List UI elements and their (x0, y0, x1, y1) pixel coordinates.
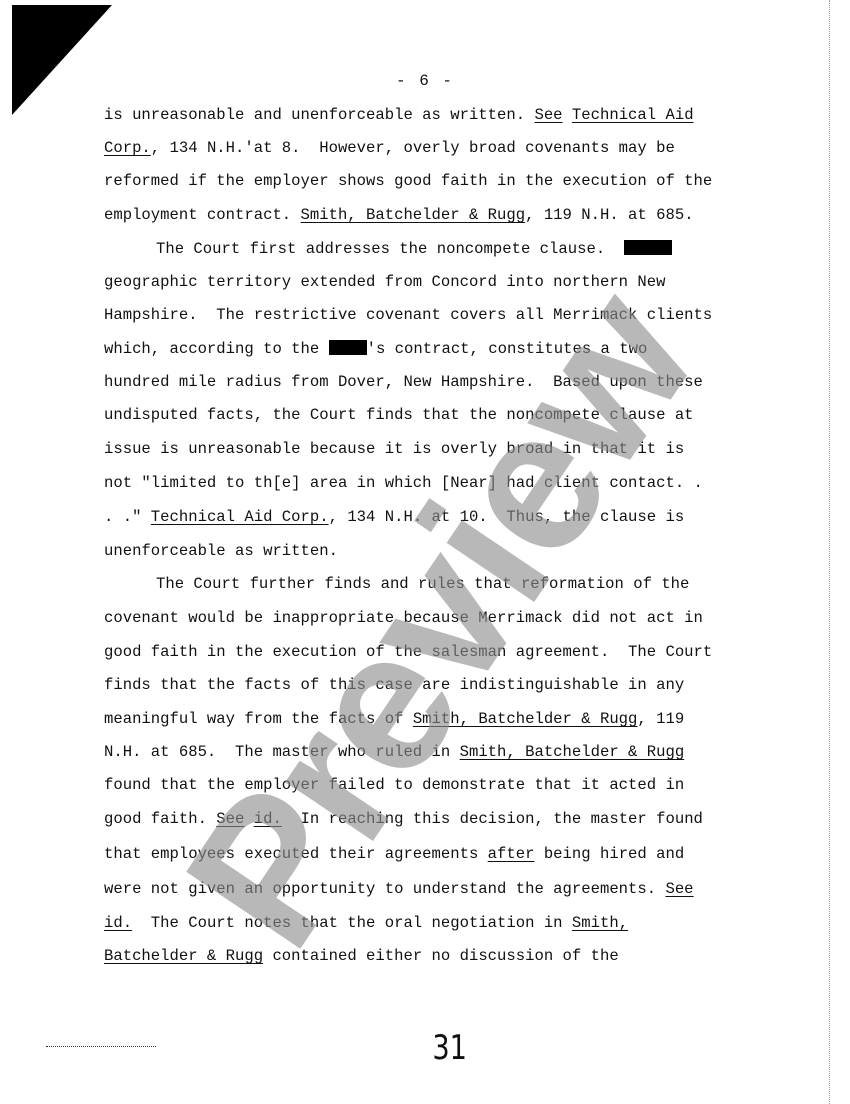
text-span: contained either no discussion of the (263, 947, 619, 965)
text-line: good faith. See id. In reaching this dec… (104, 810, 703, 828)
text-span: N.H. at 685. The master who ruled in (104, 743, 460, 761)
citation-text: id. (104, 914, 132, 932)
citation-text: Smith, Batchelder & Rugg (301, 206, 526, 224)
text-span: 's contract, constitutes a two (367, 340, 648, 358)
text-line: that employees executed their agreements… (104, 845, 684, 863)
text-span: Hampshire. The restrictive covenant cove… (104, 306, 712, 324)
citation-text: Technical Aid (572, 106, 694, 124)
citation-text: See (216, 810, 244, 828)
text-line: hundred mile radius from Dover, New Hamp… (104, 373, 703, 391)
text-span: hundred mile radius from Dover, New Hamp… (104, 373, 703, 391)
citation-text: Batchelder & Rugg (104, 947, 263, 965)
text-line: meaningful way from the facts of Smith, … (104, 710, 684, 728)
text-line: . ." Technical Aid Corp., 134 N.H. at 10… (104, 508, 684, 526)
text-line: unenforceable as written. (104, 542, 338, 560)
text-span: , 134 N.H. at 10. Thus, the clause is (329, 508, 685, 526)
citation-text: Smith, (572, 914, 628, 932)
text-line: id. The Court notes that the oral negoti… (104, 914, 628, 932)
text-span: The Court notes that the oral negotiatio… (132, 914, 572, 932)
text-span: The Court first addresses the noncompete… (156, 240, 624, 258)
text-span: that employees executed their agreements (104, 845, 488, 863)
text-span: , 119 N.H. at 685. (525, 206, 693, 224)
text-span: being hired and (534, 845, 684, 863)
scan-edge-noise (829, 0, 832, 1104)
citation-text: Smith, Batchelder & Rugg (460, 743, 685, 761)
text-line: Corp., 134 N.H.'at 8. However, overly br… (104, 139, 675, 157)
text-line: not "limited to th[e] area in which [Nea… (104, 474, 703, 492)
text-line: geographic territory extended from Conco… (104, 273, 665, 291)
text-span: unenforceable as written. (104, 542, 338, 560)
text-span (244, 810, 253, 828)
text-line: Hampshire. The restrictive covenant cove… (104, 306, 712, 324)
text-line: The Court first addresses the noncompete… (156, 240, 672, 258)
text-span: reformed if the employer shows good fait… (104, 172, 712, 190)
citation-text: See (534, 106, 562, 124)
text-line: found that the employer failed to demons… (104, 776, 684, 794)
redaction-block (329, 340, 367, 355)
text-span: covenant would be inappropriate because … (104, 609, 703, 627)
text-span: finds that the facts of this case are in… (104, 676, 684, 694)
text-line: covenant would be inappropriate because … (104, 609, 703, 627)
scan-corner-artifact (12, 5, 112, 115)
text-line: The Court further finds and rules that r… (156, 575, 689, 593)
text-span: which, according to the (104, 340, 329, 358)
footer-rule (46, 1046, 156, 1047)
citation-text: id. (254, 810, 282, 828)
text-span: . ." (104, 508, 151, 526)
footer-page-number: 31 (432, 1028, 467, 1068)
redaction-block (624, 240, 672, 255)
text-line: good faith in the execution of the sales… (104, 643, 712, 661)
text-line: finds that the facts of this case are in… (104, 676, 684, 694)
text-line: Batchelder & Rugg contained either no di… (104, 947, 619, 965)
text-span: issue is unreasonable because it is over… (104, 440, 684, 458)
text-line: reformed if the employer shows good fait… (104, 172, 712, 190)
text-line: undisputed facts, the Court finds that t… (104, 406, 694, 424)
text-span: found that the employer failed to demons… (104, 776, 684, 794)
text-line: is unreasonable and unenforceable as wri… (104, 106, 694, 124)
text-span: is unreasonable and unenforceable as wri… (104, 106, 534, 124)
citation-text: See (665, 880, 693, 898)
text-span: , 134 N.H.'at 8. However, overly broad c… (151, 139, 675, 157)
citation-text: Corp. (104, 139, 151, 157)
citation-text: Technical Aid Corp. (151, 508, 329, 526)
text-line: employment contract. Smith, Batchelder &… (104, 206, 694, 224)
text-span: not "limited to th[e] area in which [Nea… (104, 474, 703, 492)
text-line: N.H. at 685. The master who ruled in Smi… (104, 743, 684, 761)
text-line: issue is unreasonable because it is over… (104, 440, 684, 458)
text-span: In reaching this decision, the master fo… (282, 810, 703, 828)
text-span: The Court further finds and rules that r… (156, 575, 689, 593)
text-span: good faith. (104, 810, 216, 828)
text-span: employment contract. (104, 206, 301, 224)
citation-text: Smith, Batchelder & Rugg (413, 710, 638, 728)
page-header-number: - 6 - (0, 72, 850, 90)
text-span: geographic territory extended from Conco… (104, 273, 665, 291)
text-span (563, 106, 572, 124)
text-line: were not given an opportunity to underst… (104, 880, 694, 898)
text-line: which, according to the 's contract, con… (104, 340, 647, 358)
text-span: , 119 (637, 710, 684, 728)
text-span: meaningful way from the facts of (104, 710, 413, 728)
citation-text: after (488, 845, 535, 863)
text-span: good faith in the execution of the sales… (104, 643, 712, 661)
text-span: were not given an opportunity to underst… (104, 880, 665, 898)
text-span: undisputed facts, the Court finds that t… (104, 406, 694, 424)
